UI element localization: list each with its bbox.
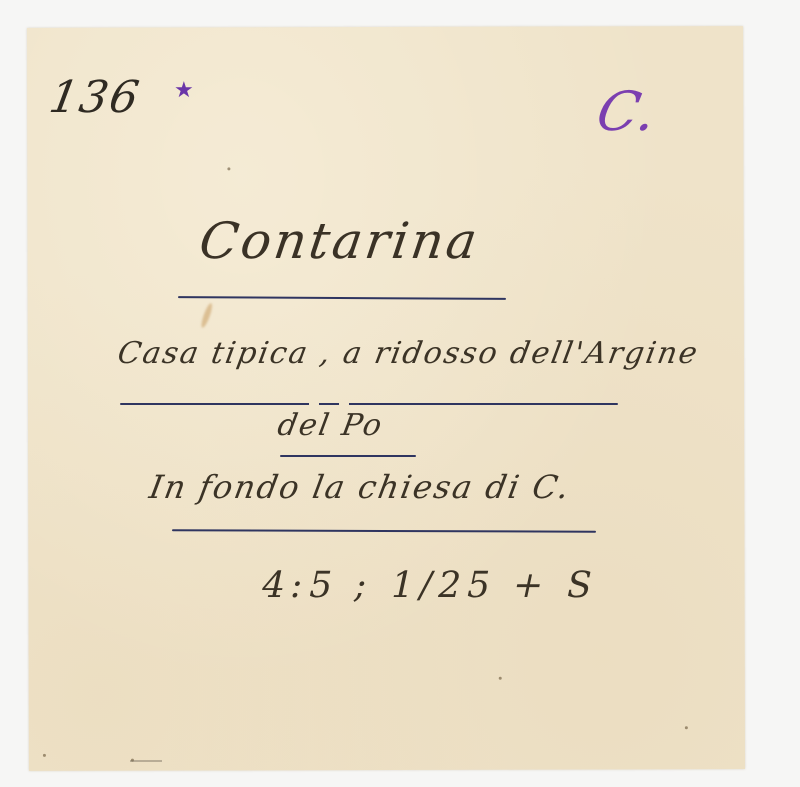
line-1-underline — [120, 403, 618, 405]
paper-speck — [685, 726, 688, 729]
star-icon: ★ — [174, 78, 194, 103]
document-title: Contarina — [196, 212, 484, 270]
description-line-1: Casa tipica , a ridosso dell'Argine — [115, 336, 702, 371]
line-2-underline — [280, 455, 416, 457]
exposure-notation: 4:5 ; 1/25 + S — [258, 565, 602, 606]
paper-speck — [227, 167, 230, 170]
paper-edge-mark — [130, 760, 162, 762]
catalog-number: 136 — [46, 72, 145, 123]
paper-stain — [200, 302, 214, 328]
paper-speck — [43, 754, 46, 757]
description-line-3: In fondo la chiesa di C. — [147, 468, 574, 506]
paper-speck — [499, 677, 502, 680]
description-line-2: del Po — [275, 408, 386, 443]
